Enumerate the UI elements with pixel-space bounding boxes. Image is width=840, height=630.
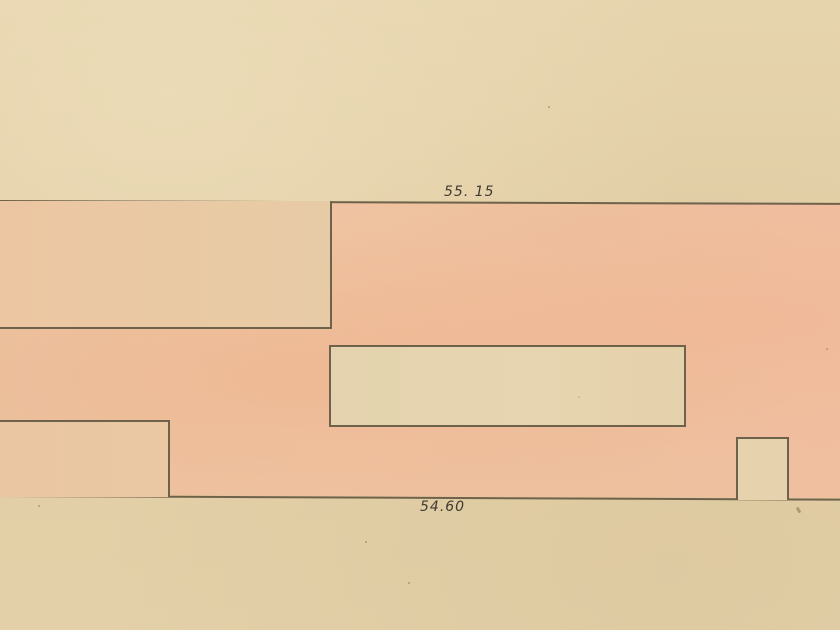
paper-speck	[826, 348, 828, 350]
building-block-bottom-left	[0, 420, 170, 497]
paper-speck	[408, 582, 410, 584]
paper-speck	[38, 505, 40, 507]
paper-speck	[578, 396, 580, 398]
building-block-center	[329, 345, 686, 427]
bottom-dimension-label: 54.60	[420, 499, 465, 515]
paper-speck	[548, 106, 550, 108]
top-dimension-label: 55. 15	[444, 184, 495, 200]
building-block-small-right	[736, 437, 789, 500]
building-block-top-left	[0, 201, 332, 329]
paper-speck	[365, 541, 367, 543]
